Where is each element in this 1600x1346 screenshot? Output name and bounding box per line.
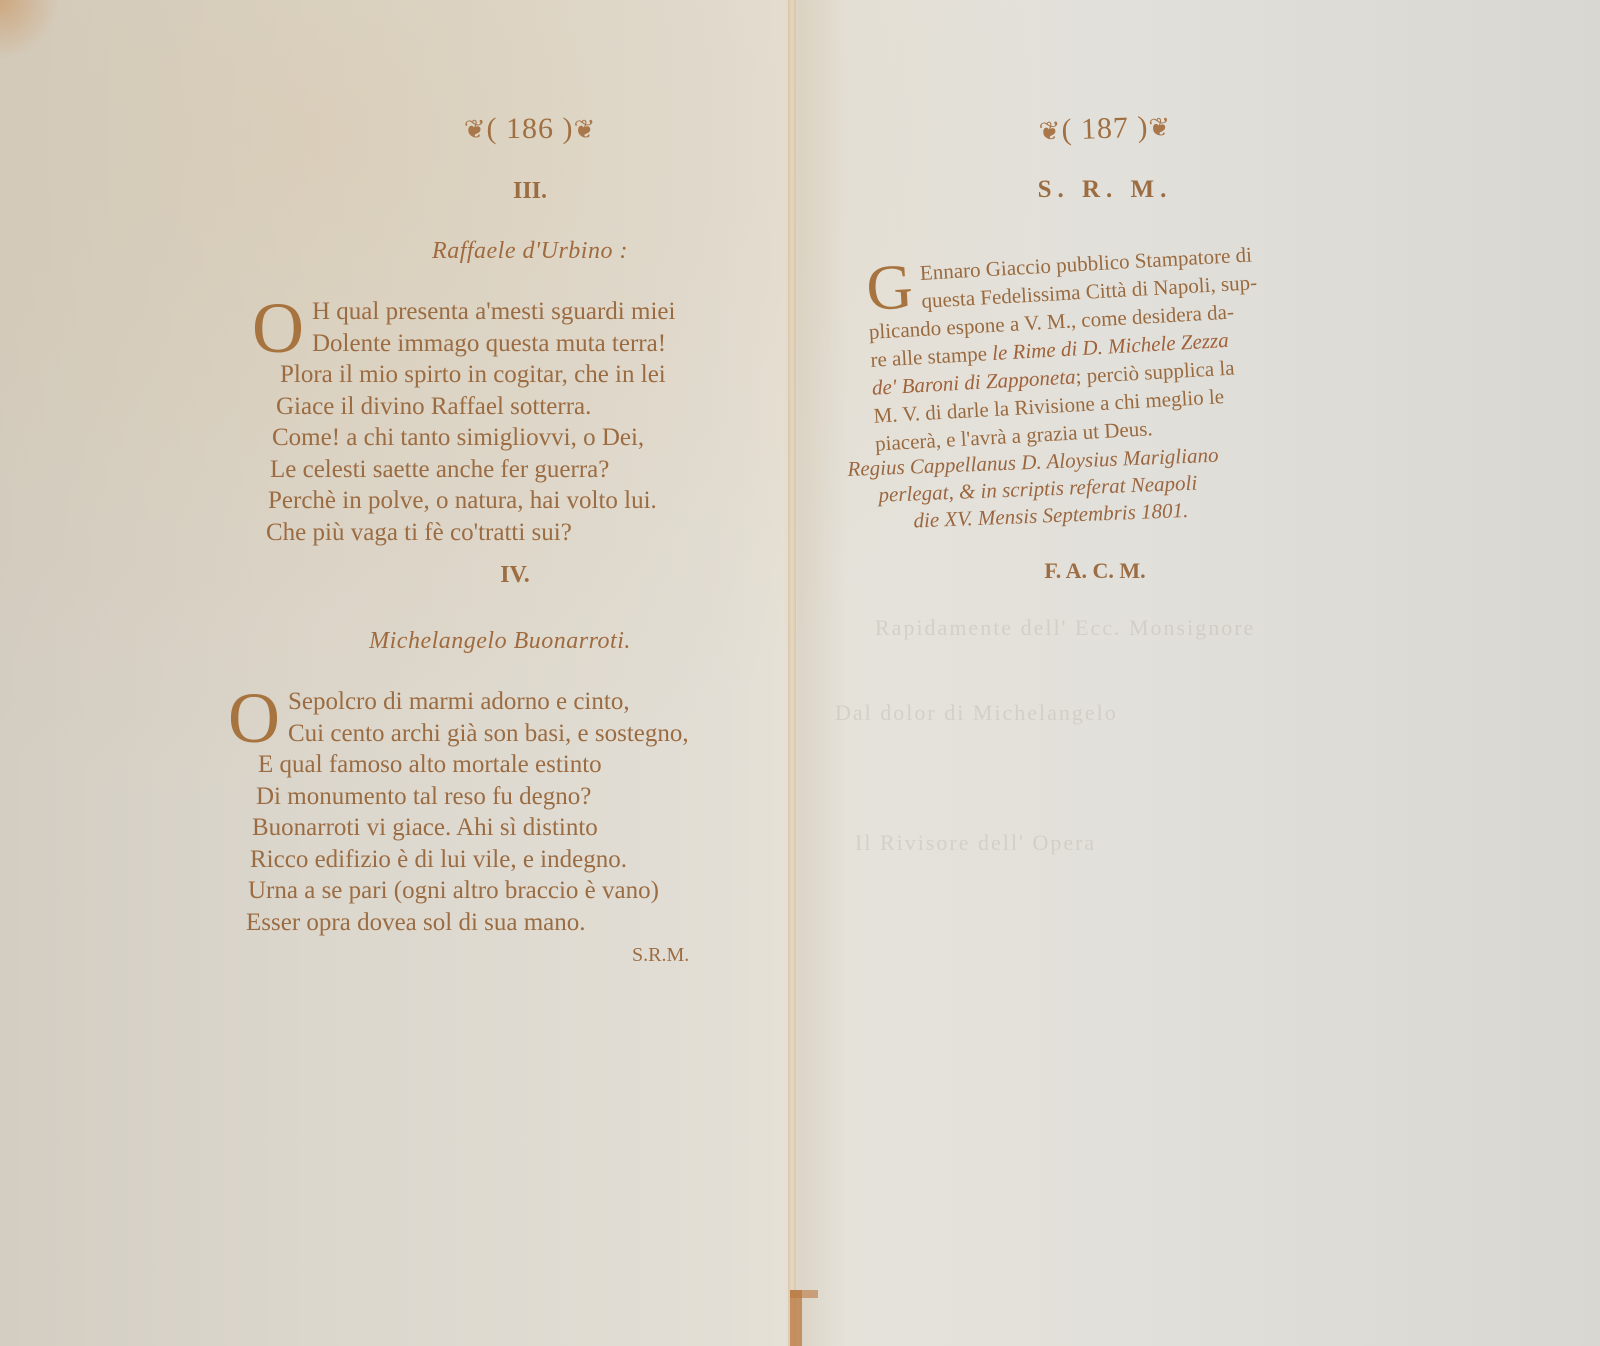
verse-line: Ricco edifizio è di lui vile, e indegno. xyxy=(250,844,788,876)
signature: S.R.M. xyxy=(632,944,689,967)
verse-line: E qual famoso alto mortale estinto xyxy=(258,749,788,781)
verse-line: H qual presenta a'mesti sguardi miei xyxy=(252,296,772,328)
heading-srm: S. R. M. xyxy=(1005,176,1205,204)
show-through-text: Rapidamente dell' Ecc. Monsignore xyxy=(875,615,1255,641)
verse-line: Sepolcro di marmi adorno e cinto, xyxy=(228,686,788,718)
closing-facm: F. A. C. M. xyxy=(995,558,1195,584)
fleuron-icon: ❦ xyxy=(1038,117,1062,147)
verse-line: Perchè in polve, o natura, hai volto lui… xyxy=(268,485,772,517)
verse-line: Che più vaga ti fè co'tratti sui? xyxy=(266,517,772,549)
page-number: ( 186 ) xyxy=(487,112,574,145)
verse-line: Buonarroti vi giace. Ahi sì distinto xyxy=(252,812,788,844)
verse-line: Le celesti saette anche fer guerra? xyxy=(270,454,772,486)
right-page: Rapidamente dell' Ecc. Monsignore Dal do… xyxy=(795,0,1600,1346)
dropcap: O xyxy=(252,300,304,356)
verse-line: Esser opra dovea sol di sua mano. xyxy=(246,907,788,939)
section-number-iv: IV. xyxy=(445,562,585,589)
verse-line: Urna a se pari (ogni altro braccio è van… xyxy=(248,875,788,907)
book-spread: ❦( 186 )❦ III. Raffaele d'Urbino : O H q… xyxy=(0,0,1600,1346)
verse-line: Dolente immago questa muta terra! xyxy=(252,328,772,360)
verse-line: Plora il mio spirto in cogitar, che in l… xyxy=(280,359,772,391)
section-number-iii: III. xyxy=(460,178,600,205)
poem-raffaele: O H qual presenta a'mesti sguardi miei D… xyxy=(252,296,772,548)
section-title-raffaele: Raffaele d'Urbino : xyxy=(370,238,690,265)
left-page: ❦( 186 )❦ III. Raffaele d'Urbino : O H q… xyxy=(0,0,790,1346)
section-title-michelangelo: Michelangelo Buonarroti. xyxy=(320,628,680,655)
fleuron-icon: ❦ xyxy=(1148,113,1172,143)
show-through-text: Dal dolor di Michelangelo xyxy=(835,700,1118,726)
petition-text: G Ennaro Giaccio pubblico Stampatore di … xyxy=(865,233,1395,458)
verse-line: Giace il divino Raffael sotterra. xyxy=(276,391,772,423)
poem-michelangelo: O Sepolcro di marmi adorno e cinto, Cui … xyxy=(228,686,788,938)
verse-line: Di monumento tal reso fu degno? xyxy=(256,781,788,813)
page-number: ( 187 ) xyxy=(1061,110,1149,146)
fleuron-icon: ❦ xyxy=(573,115,596,144)
dropcap: O xyxy=(228,690,280,746)
verse-line: Come! a chi tanto simigliovvi, o Dei, xyxy=(272,422,772,454)
fleuron-icon: ❦ xyxy=(464,115,487,144)
dropcap: G xyxy=(865,261,914,314)
left-page-header: ❦( 186 )❦ xyxy=(440,112,620,146)
verse-line: Cui cento archi già son basi, e sostegno… xyxy=(228,718,788,750)
right-page-header: ❦( 187 )❦ xyxy=(1014,109,1195,149)
show-through-text: Il Rivisore dell' Opera xyxy=(855,830,1096,856)
